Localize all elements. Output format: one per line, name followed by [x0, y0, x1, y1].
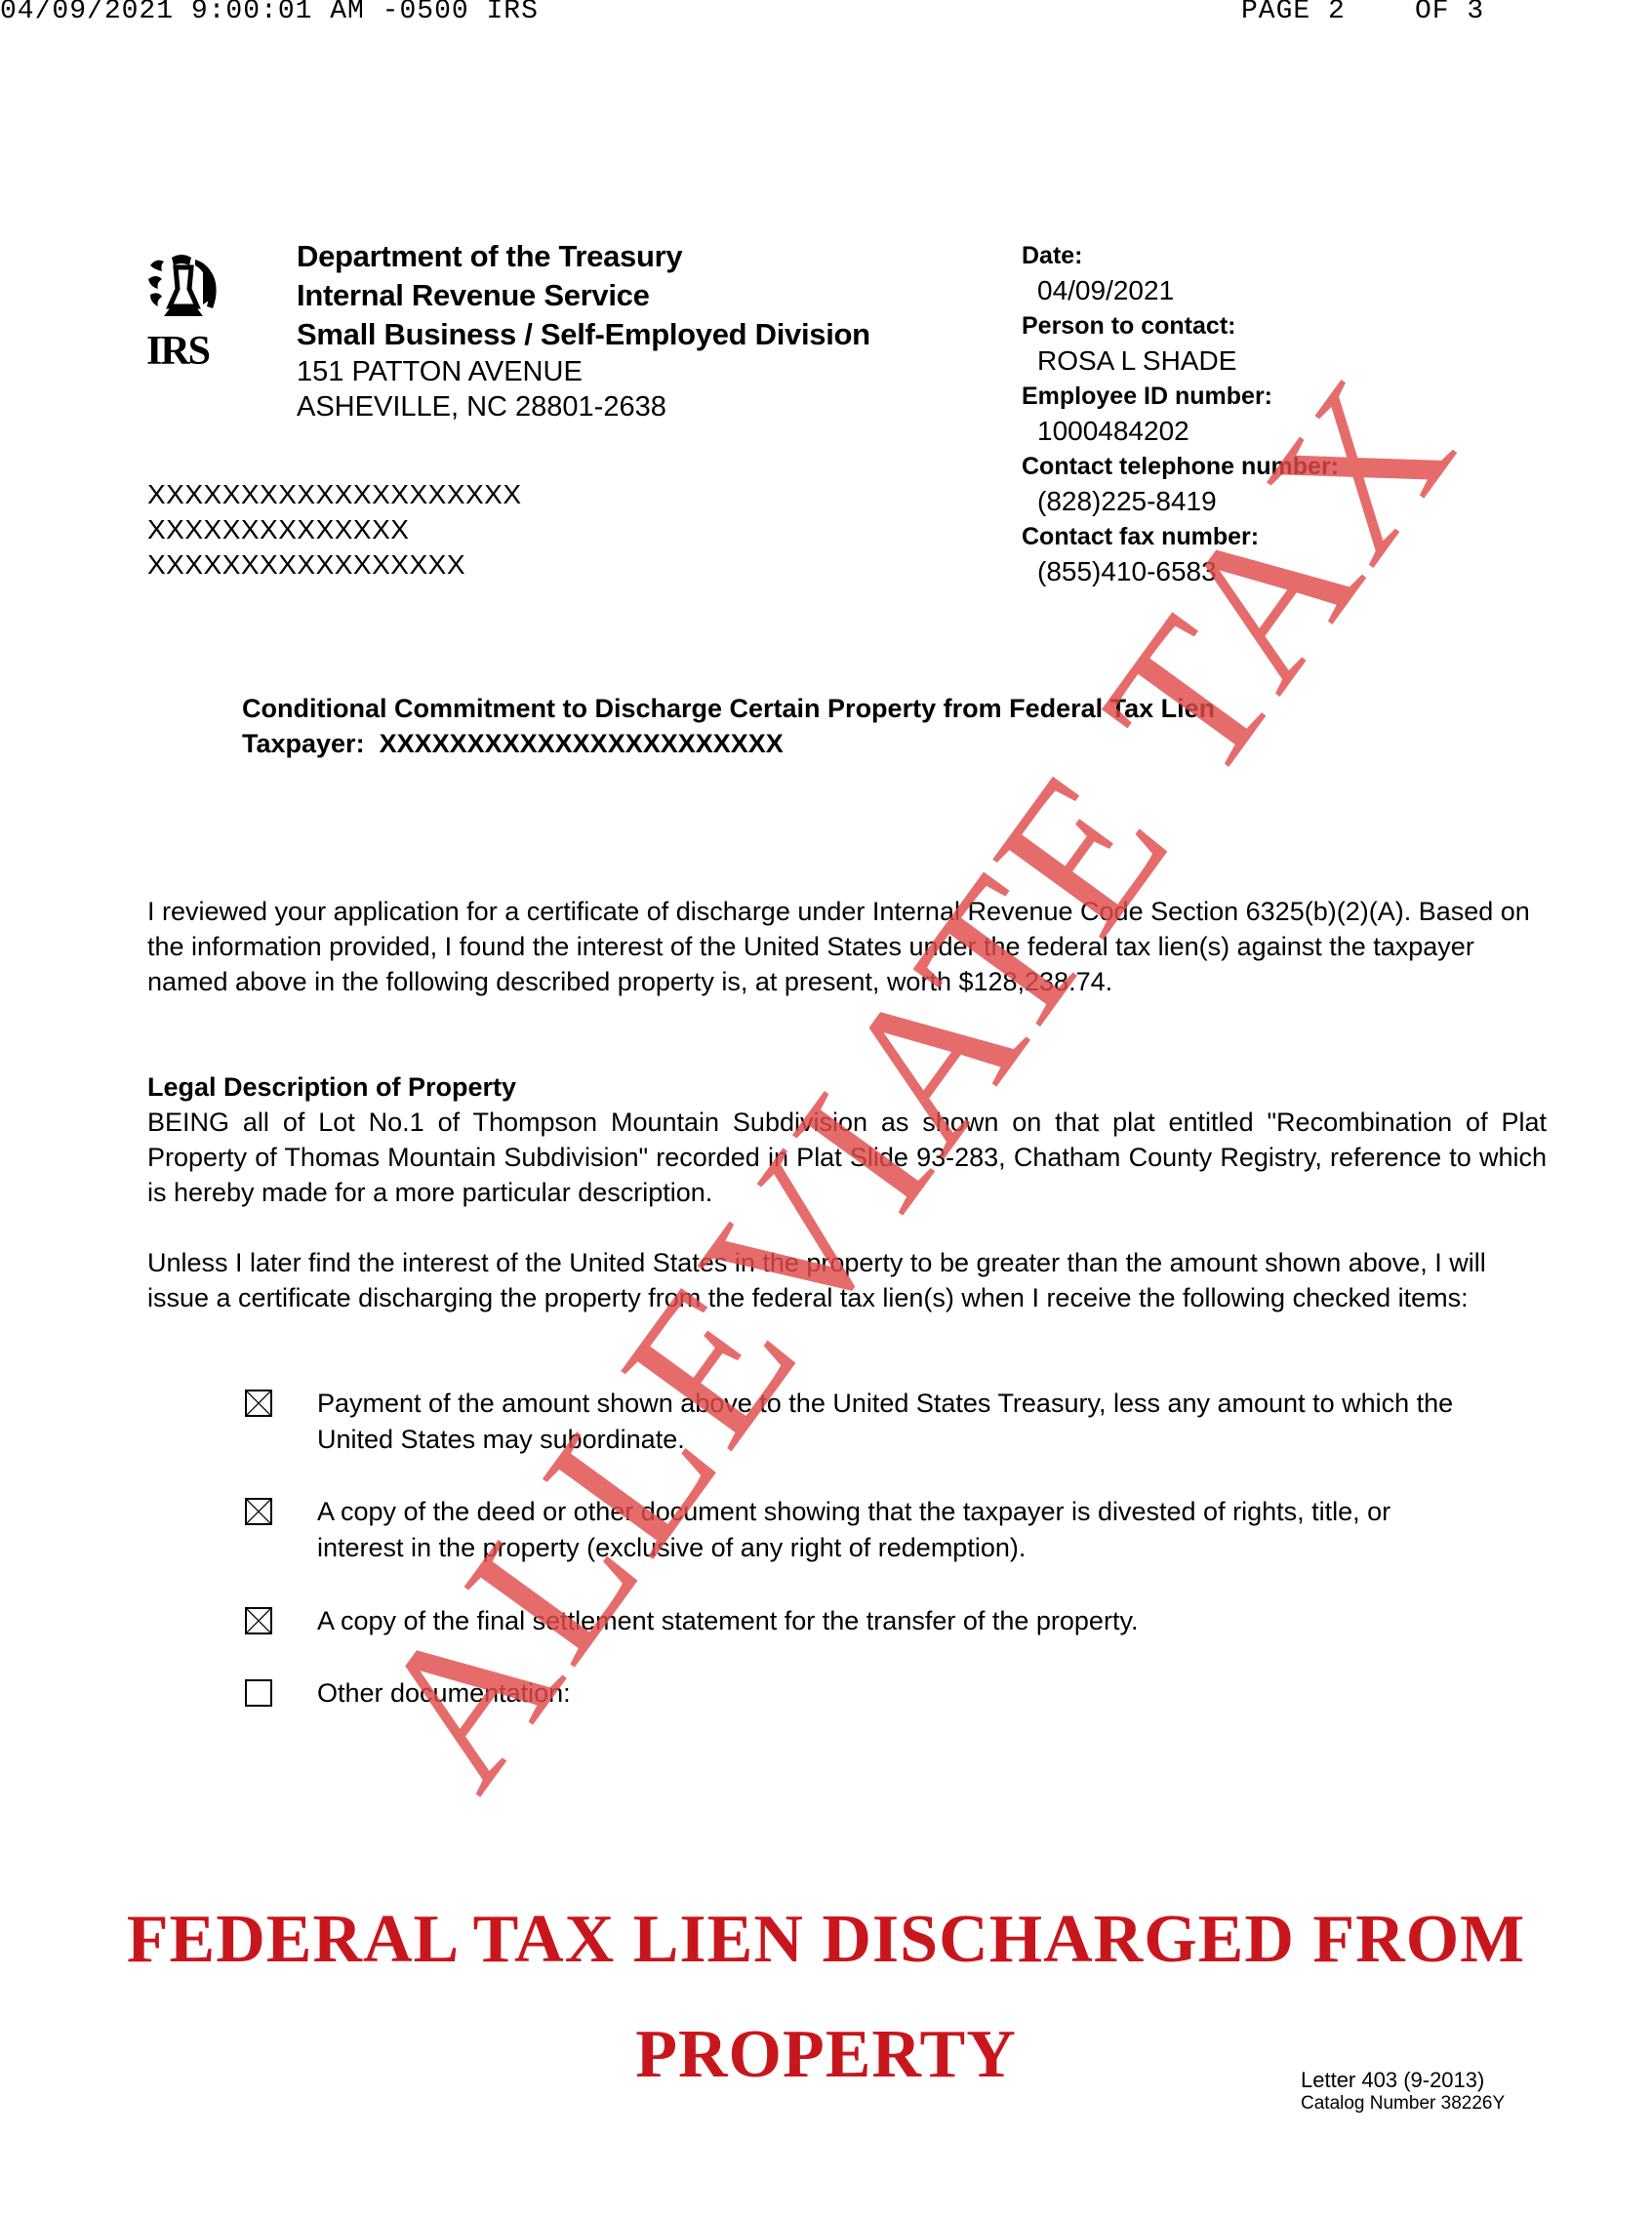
- letter-title: Conditional Commitment to Discharge Cert…: [242, 691, 1215, 726]
- person-value: ROSA L SHADE: [1022, 343, 1339, 379]
- x-mark-icon: [247, 1391, 270, 1415]
- phone-value: (828)225-8419: [1022, 484, 1339, 519]
- fax-page-number: PAGE 2: [1241, 0, 1346, 26]
- catalog-number: Catalog Number 38226Y: [1301, 2092, 1505, 2116]
- legal-description-heading: Legal Description of Property: [147, 1069, 516, 1105]
- agency-name: Internal Revenue Service: [297, 276, 870, 315]
- checklist-item-text: Other documentation:: [317, 1675, 1517, 1712]
- form-footer: Letter 403 (9-2013) Catalog Number 38226…: [1301, 2069, 1505, 2116]
- checklist-item-text: A copy of the final settlement statement…: [317, 1603, 1517, 1639]
- recipient-address: XXXXXXXXXXXXXXXXXXXX XXXXXXXXXXXXXX XXXX…: [147, 477, 522, 583]
- x-mark-icon: [247, 1500, 270, 1523]
- sender-street: 151 PATTON AVENUE: [297, 354, 870, 389]
- irs-logo: [146, 252, 222, 323]
- sender-address: Department of the Treasury Internal Reve…: [297, 237, 870, 424]
- subject-block: Conditional Commitment to Discharge Cert…: [242, 691, 1215, 761]
- date-label: Date:: [1022, 238, 1339, 273]
- checkbox-unchecked[interactable]: [245, 1679, 272, 1707]
- fax-label: Contact fax number:: [1022, 519, 1339, 554]
- taxpayer-label: Taxpayer:: [242, 729, 365, 758]
- fax-page-total: OF 3: [1415, 0, 1484, 26]
- sender-city: ASHEVILLE, NC 28801-2638: [297, 389, 870, 424]
- person-label: Person to contact:: [1022, 308, 1339, 343]
- checkbox-checked[interactable]: [245, 1498, 272, 1525]
- checklist: Payment of the amount shown above to the…: [245, 1386, 1517, 1712]
- date-value: 04/09/2021: [1022, 273, 1339, 308]
- irs-eagle-icon: [146, 252, 222, 318]
- letter-number: Letter 403 (9-2013): [1301, 2069, 1505, 2092]
- x-mark-icon: [247, 1609, 270, 1633]
- recipient-line: XXXXXXXXXXXXXX: [147, 512, 522, 547]
- checklist-item-text: Payment of the amount shown above to the…: [317, 1386, 1517, 1458]
- recipient-line: XXXXXXXXXXXXXXXXXXXX: [147, 477, 522, 512]
- taxpayer-value: XXXXXXXXXXXXXXXXXXXXXXX: [380, 729, 784, 758]
- checklist-item: Payment of the amount shown above to the…: [245, 1386, 1517, 1494]
- department-name: Department of the Treasury: [297, 237, 870, 276]
- phone-label: Contact telephone number:: [1022, 449, 1339, 484]
- checklist-item: A copy of the deed or other document sho…: [245, 1494, 1517, 1603]
- checkbox-checked[interactable]: [245, 1607, 272, 1634]
- employee-id-label: Employee ID number:: [1022, 379, 1339, 414]
- fax-timestamp: 04/09/2021 9:00:01 AM -0500 IRS: [0, 0, 539, 26]
- checklist-item: Other documentation:: [245, 1675, 1517, 1712]
- legal-description-text: BEING all of Lot No.1 of Thompson Mounta…: [147, 1105, 1547, 1210]
- taxpayer-line: Taxpayer: XXXXXXXXXXXXXXXXXXXXXXX: [242, 726, 1215, 761]
- irs-logo-text: IRS: [146, 328, 209, 375]
- contact-block: Date: 04/09/2021 Person to contact: ROSA…: [1022, 238, 1339, 589]
- checklist-item: A copy of the final settlement statement…: [245, 1603, 1517, 1675]
- conditions-paragraph: Unless I later find the interest of the …: [147, 1245, 1543, 1315]
- fax-value: (855)410-6583: [1022, 554, 1339, 589]
- checklist-item-text: A copy of the deed or other document sho…: [317, 1494, 1449, 1566]
- intro-paragraph: I reviewed your application for a certif…: [147, 894, 1543, 999]
- employee-id-value: 1000484202: [1022, 414, 1339, 449]
- checkbox-checked[interactable]: [245, 1390, 272, 1417]
- division-name: Small Business / Self-Employed Division: [297, 315, 870, 354]
- recipient-line: XXXXXXXXXXXXXXXXX: [147, 547, 522, 583]
- discharge-stamp-line1: FEDERAL TAX LIEN DISCHARGED FROM: [0, 1901, 1652, 1979]
